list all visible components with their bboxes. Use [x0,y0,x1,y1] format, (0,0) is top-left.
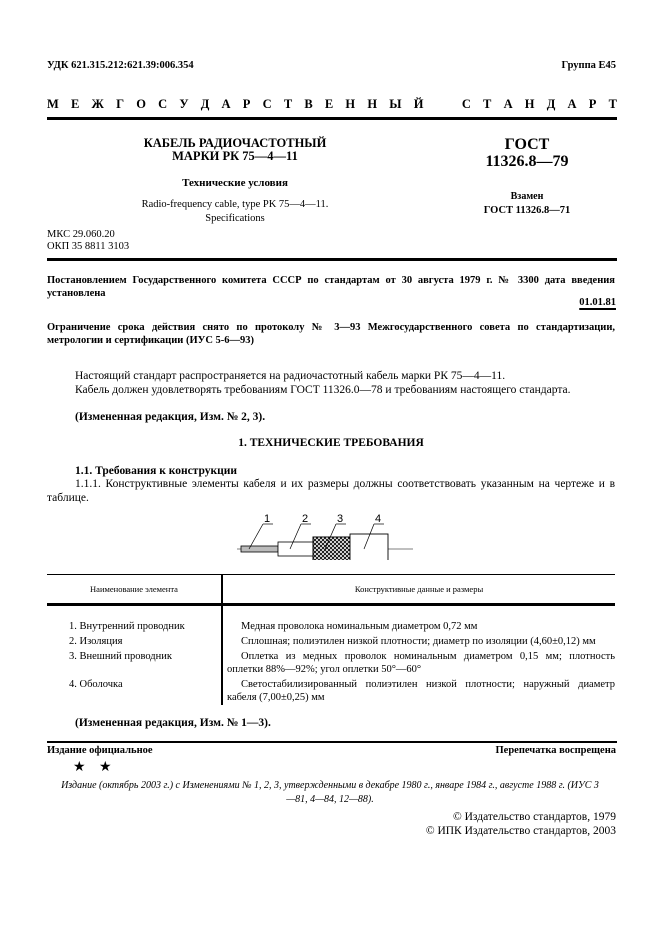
star-icons: ★ ★ [73,759,117,776]
element-name: 1. Внутренний проводник [47,619,222,634]
udk-code: УДК 621.315.212:621.39:006.354 [47,60,194,71]
title-line-2: МАРКИ РК 75—4—11 [120,150,350,163]
label-1: 1 [264,513,270,525]
title-block-rule [47,258,617,261]
mks-code: МКС 29.060.20 [47,229,129,241]
header-rule [47,117,617,120]
table-row: 4. Оболочка Светостабилизированный полиэ… [47,677,615,705]
copyright-2003: © ИПК Издательство стандартов, 2003 [426,824,616,838]
gost-number: 11326.8—79 [462,153,592,170]
classification-codes: МКС 29.060.20 ОКП 35 8811 3103 [47,229,129,253]
table-row: 1. Внутренний проводник Медная проволока… [47,619,615,634]
letter: С [263,97,272,112]
letter: Н [345,97,355,112]
limitation-text: Ограничение срока действия снято по прот… [47,322,615,347]
letter: Ы [389,97,401,112]
letter: Т [609,97,617,112]
column-header-element-name: Наименование элемента [47,575,222,605]
decree-text: Постановлением Государственного комитета… [47,275,615,300]
letter: А [504,97,513,112]
replaces-label: Взамен [462,191,592,202]
letter: Н [367,97,377,112]
column-header-construction-data: Конструктивные данные и размеры [222,575,615,605]
official-edition-label: Издание официальное [47,745,153,756]
letter: Г [116,97,124,112]
gost-label: ГОСТ [462,136,592,153]
jacket-shape [350,534,388,560]
standard-type-banner: М Е Ж Г О С У Д А Р С Т В Е Н Н Ы Й С Т … [47,97,617,112]
footer-rule [47,741,617,743]
braid-shape [313,537,350,560]
letter: Н [525,97,535,112]
intro-amendment: (Измененная редакция, Изм. № 2, 3). [47,411,615,425]
table-row: 2. Изоляция Сплошная; полиэтилен низкой … [47,634,615,649]
letter: А [568,97,577,112]
table-header-row: Наименование элемента Конструктивные дан… [47,575,615,605]
effective-date: 01.01.81 [579,297,616,308]
letter: Е [325,97,333,112]
element-name: 4. Оболочка [47,677,222,705]
letter: Д [201,97,210,112]
letter: Е [71,97,79,112]
label-3: 3 [337,513,343,525]
english-title: Radio-frequency cable, type PK 75—4—11. … [120,198,350,226]
cable-diagram: 1 2 3 4 [235,512,415,560]
letter: Т [483,97,491,112]
letter: Т [284,97,292,112]
copyright-block: © Издательство стандартов, 1979 © ИПК Из… [426,810,616,838]
english-title-line-2: Specifications [120,212,350,226]
word-gap [436,97,450,112]
construction-table: Наименование элемента Конструктивные дан… [47,574,615,705]
paragraph-1-1-1: 1.1.1. Конструктивные элементы кабеля и … [47,478,615,505]
reprint-prohibited-label: Перепечатка воспрещена [496,745,616,756]
element-name: 3. Внешний проводник [47,649,222,677]
group-code: Группа Е45 [562,60,616,71]
letter: Р [589,97,597,112]
letter: Ж [92,97,104,112]
replaces-value: ГОСТ 11326.8—71 [462,205,592,216]
edition-note: Издание (октябрь 2003 г.) с Изменениями … [60,779,600,807]
element-data: Оплетка из медных проволок номинальным д… [227,650,615,676]
document-title: КАБЕЛЬ РАДИОЧАСТОТНЫЙ МАРКИ РК 75—4—11 [120,137,350,163]
insulation-shape [278,542,313,556]
intro-paragraph-1: Настоящий стандарт распространяется на р… [47,370,615,384]
intro-paragraph-2: Кабель должен удовлетворять требованиям … [47,384,615,398]
letter: Й [414,97,424,112]
letter: А [222,97,231,112]
letter: С [462,97,471,112]
table-row: 3. Внешний проводник Оплетка из медных п… [47,649,615,677]
table-amendment: (Измененная редакция, Изм. № 1—3). [47,717,615,731]
label-4: 4 [375,513,381,525]
inner-conductor-shape [241,546,278,552]
label-2: 2 [302,513,308,525]
english-title-line-1: Radio-frequency cable, type PK 75—4—11. [120,198,350,212]
okp-code: ОКП 35 8811 3103 [47,241,129,253]
letter: Р [243,97,251,112]
gost-designation: ГОСТ 11326.8—79 [462,136,592,170]
letter: У [179,97,188,112]
section-heading: 1. ТЕХНИЧЕСКИЕ ТРЕБОВАНИЯ [47,437,615,449]
element-data: Медная проволока номинальным диаметром 0… [227,620,615,633]
letter: М [47,97,59,112]
letter: С [158,97,167,112]
element-data: Сплошная; полиэтилен низкой плотности; д… [227,635,615,648]
element-data: Светостабилизированный полиэтилен низкой… [227,678,615,704]
letter: О [136,97,146,112]
document-subtitle: Технические условия [120,177,350,189]
letter: В [304,97,312,112]
copyright-1979: © Издательство стандартов, 1979 [426,810,616,824]
element-name: 2. Изоляция [47,634,222,649]
letter: Д [547,97,556,112]
subsection-heading: 1.1. Требования к конструкции [47,465,615,479]
